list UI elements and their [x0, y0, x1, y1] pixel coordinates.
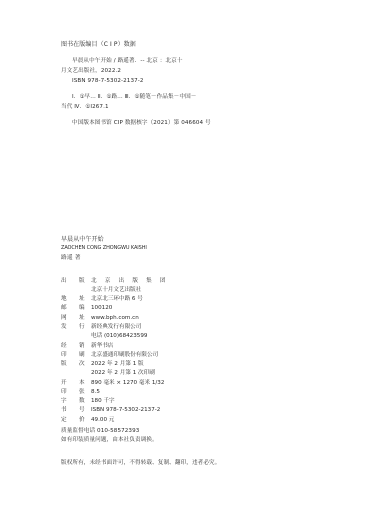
- colophon-row: 地 址 北京北三环中路 6 号: [0, 296, 375, 304]
- colophon-label: 字: [61, 398, 67, 405]
- colophon-value: 100120: [91, 305, 112, 312]
- colophon-label: 行: [79, 324, 85, 331]
- quality-hotline: 质量监督电话 010-58572393: [61, 428, 139, 435]
- colophon-label: 号: [79, 407, 85, 414]
- colophon-label: 印: [61, 389, 67, 396]
- colophon-label: 邮: [61, 305, 67, 312]
- colophon-value: 新经典发行有限公司: [91, 324, 141, 331]
- book-title-pinyin: ZAOCHEN CONG ZHONGWU KAISHI: [61, 245, 147, 252]
- colophon-row: 开 本 890 毫米 × 1270 毫米 1/32: [0, 380, 375, 388]
- copyright-page: 图书在版编目（C I P）数据 早晨从中午开始 / 路遥著．-- 北京 ：北京十…: [0, 0, 375, 525]
- colophon-value: www.bph.com.cn: [91, 315, 139, 322]
- colophon-value: 北 京 出 版 集 团: [91, 278, 169, 285]
- colophon-row: 邮 编 100120: [0, 305, 375, 313]
- colophon-row: 网 址 www.bph.com.cn: [0, 315, 375, 323]
- cip-classification-line-1: Ⅰ．①早… Ⅱ．①路… Ⅲ．①随笔－作品集－中国－: [72, 94, 196, 101]
- colophon-row: 印 刷 北京盛通印刷股份有限公司: [0, 352, 375, 360]
- colophon-value: 49.00 元: [91, 417, 114, 424]
- colophon-label: 价: [79, 417, 85, 424]
- colophon-row: 电话 (010)68423599: [0, 333, 375, 341]
- colophon-label: 销: [79, 343, 85, 350]
- colophon-label: 张: [79, 389, 85, 396]
- colophon-label: 本: [79, 380, 85, 387]
- colophon-value: 2022 年 2 月第 1 版: [91, 361, 144, 368]
- quality-notice: 如有印装质量问题，由本社负责调换。: [61, 437, 158, 444]
- colophon-label: 刷: [79, 352, 85, 359]
- book-author: 路遥 著: [61, 255, 81, 262]
- cip-heading: 图书在版编目（C I P）数据: [61, 41, 136, 48]
- colophon-row: 印 张 8.5: [0, 389, 375, 397]
- colophon-label: 网: [61, 315, 67, 322]
- book-title: 早晨从中午开始: [61, 236, 104, 243]
- colophon-label: 经: [61, 343, 67, 350]
- colophon-label: 定: [61, 417, 67, 424]
- colophon-row: 北京十月文艺出版社: [0, 287, 375, 295]
- colophon-row: 经 销 新华书店: [0, 343, 375, 351]
- colophon-label: 址: [79, 296, 85, 303]
- colophon-label: 编: [79, 305, 85, 312]
- colophon-row: 发 行 新经典发行有限公司: [0, 324, 375, 332]
- colophon-value: 电话 (010)68423599: [91, 333, 147, 340]
- colophon-row: 书 号 ISBN 978-7-5302-2137-2: [0, 407, 375, 415]
- colophon-label: 版: [79, 278, 85, 285]
- colophon-value: ISBN 978-7-5302-2137-2: [91, 407, 160, 414]
- colophon-value: 北京北三环中路 6 号: [91, 296, 143, 303]
- colophon-value: 180 千字: [91, 398, 115, 405]
- copyright-notice: 版权所有，未经书面许可，不得转载、复制、翻印，违者必究。: [61, 460, 220, 467]
- colophon-row: 字 数 180 千字: [0, 398, 375, 406]
- cip-entry-line-1: 早晨从中午开始 / 路遥著．-- 北京 ：北京十: [72, 58, 183, 65]
- colophon-label: 址: [79, 315, 85, 322]
- colophon-value: 新华书店: [91, 343, 113, 350]
- colophon-label: 书: [61, 407, 67, 414]
- colophon-row: 出 版 北 京 出 版 集 团: [0, 278, 375, 286]
- colophon-label: 发: [61, 324, 67, 331]
- cip-number: 中国版本图书馆 CIP 数据核字（2021）第 046604 号: [72, 120, 211, 127]
- colophon-label: 数: [79, 398, 85, 405]
- colophon-value: 890 毫米 × 1270 毫米 1/32: [91, 380, 164, 387]
- colophon-row: 2022 年 2 月第 1 次印刷: [0, 370, 375, 378]
- colophon-label: 开: [61, 380, 67, 387]
- colophon-row: 定 价 49.00 元: [0, 417, 375, 425]
- colophon-label: 地: [61, 296, 67, 303]
- colophon-value: 北京十月文艺出版社: [91, 287, 141, 294]
- colophon-label: 次: [79, 361, 85, 368]
- colophon-value: 2022 年 2 月第 1 次印刷: [91, 370, 155, 377]
- colophon-label: 印: [61, 352, 67, 359]
- colophon-row: 版 次 2022 年 2 月第 1 版: [0, 361, 375, 369]
- cip-classification-line-2: 当代 Ⅳ．①I267.1: [61, 104, 109, 111]
- cip-entry-line-2: 月文艺出版社，2022.2: [61, 68, 121, 75]
- colophon-label: 出: [61, 278, 67, 285]
- cip-isbn: ISBN 978-7-5302-2137-2: [72, 78, 144, 85]
- colophon-value: 北京盛通印刷股份有限公司: [91, 352, 158, 359]
- colophon-label: 版: [61, 361, 67, 368]
- colophon-value: 8.5: [91, 389, 100, 396]
